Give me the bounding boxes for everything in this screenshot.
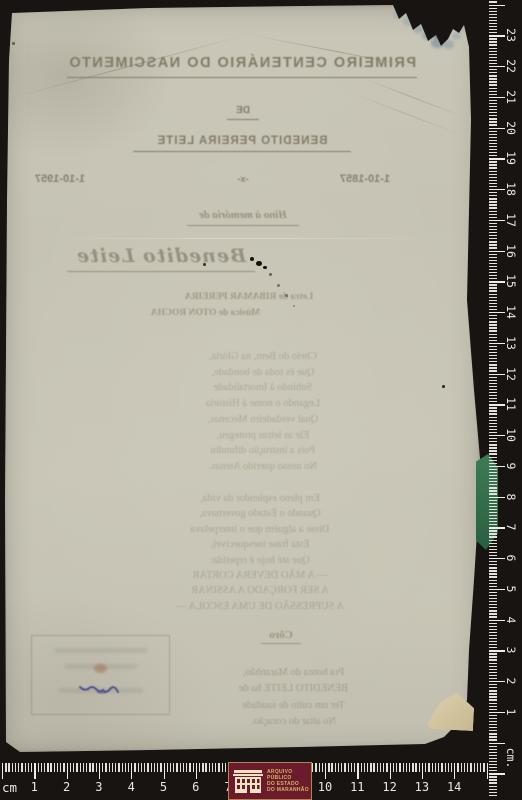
tear-fibres	[403, 17, 415, 26]
ruler-number: 12	[378, 780, 402, 794]
ruler-tick	[28, 763, 29, 772]
ruler-tick	[141, 763, 142, 772]
ruler-tick	[457, 763, 458, 772]
ruler-tick	[2, 763, 3, 779]
ruler-tick	[489, 709, 497, 710]
ruler-tick	[390, 763, 391, 779]
ruler-tick	[489, 149, 497, 150]
logo-line: DO MARANHÃO	[267, 787, 309, 793]
ruler-tick	[489, 567, 497, 568]
verse-line: — A MÃO DEVERA CORTAR	[133, 568, 387, 583]
archival-photo: PRIMEIRO CENTENÁRIO DO NASCIMENTO DE BEN…	[0, 0, 522, 800]
ruler-tick	[489, 183, 497, 184]
ruler-tick	[489, 678, 497, 679]
ruler-number: 9	[505, 454, 517, 478]
ruler-number: 3	[87, 780, 111, 794]
ruler-tick	[489, 404, 505, 405]
ruler-tick	[489, 463, 497, 464]
ruler-tick	[489, 78, 497, 79]
ruler-tick	[364, 763, 365, 772]
archive-logo-text: ARQUIVO PÚBLICO DO ESTADO DO MARANHÃO	[267, 769, 309, 793]
ruler-tick	[489, 91, 497, 92]
ruler-tick	[489, 251, 505, 252]
ruler-tick	[12, 763, 13, 772]
ruler-tick	[480, 763, 481, 772]
ruler-tick	[50, 763, 51, 772]
ruler-tick	[489, 374, 505, 375]
ruler-tick	[489, 555, 497, 556]
ruler-tick	[489, 540, 497, 541]
ink-signature-mark	[77, 680, 121, 700]
ruler-tick	[489, 629, 497, 630]
ruler-tick	[15, 763, 16, 772]
ruler-number: 5	[505, 577, 517, 601]
ruler-tick	[489, 112, 497, 113]
ruler-tick	[451, 763, 452, 772]
ruler-tick	[489, 14, 497, 15]
ruler-tick	[489, 604, 497, 605]
ruler-tick	[489, 263, 497, 264]
ruler-tick	[489, 573, 497, 574]
ruler-tick	[489, 343, 505, 344]
ruler-tick	[489, 558, 505, 559]
ruler-number: 8	[505, 485, 517, 509]
ruler-tick	[489, 57, 497, 58]
ruler-tick	[489, 23, 497, 24]
ruler-tick	[425, 763, 426, 772]
ruler-tick	[489, 663, 497, 664]
ruler-tick	[186, 763, 187, 772]
ruler-tick	[489, 11, 497, 12]
ruler-tick	[489, 275, 497, 276]
ruler-tick	[419, 763, 420, 772]
ruler-tick	[489, 666, 497, 667]
ruler-tick	[31, 763, 32, 772]
ruler-tick	[489, 453, 497, 454]
ruler-tick	[489, 509, 497, 510]
ruler-tick	[489, 340, 497, 341]
ruler-tick	[489, 315, 497, 316]
ruler-tick	[396, 763, 397, 772]
ruler-tick	[138, 763, 139, 772]
ink-spot	[263, 266, 267, 269]
ruler-tick	[102, 763, 103, 772]
ruler-tick	[170, 763, 171, 772]
ruler-tick	[489, 297, 497, 298]
ruler-tick	[489, 521, 497, 522]
verse-1: Cheio do Bem, na Glória,Que és toda de b…	[153, 349, 373, 475]
ruler-tick	[373, 763, 374, 772]
ruler-number: 6	[505, 546, 517, 570]
ruler-tick	[489, 269, 497, 270]
ink-spot	[269, 273, 272, 276]
ruler-tick	[122, 763, 123, 772]
ruler-tick	[38, 763, 39, 772]
ruler-tick	[115, 763, 116, 772]
ruler-tick	[386, 763, 387, 772]
ruler-tick	[489, 94, 497, 95]
ruler-tick	[489, 635, 497, 636]
ruler-tick	[489, 693, 497, 694]
ruler-tick	[489, 407, 497, 408]
ruler-tick	[338, 763, 339, 772]
ruler-tick	[489, 257, 497, 258]
ruler-number: 2	[55, 780, 79, 794]
ruler-tick	[489, 192, 497, 193]
ruler-tick	[489, 54, 497, 55]
ruler-tick	[489, 195, 497, 196]
ruler-tick	[489, 140, 497, 141]
verse-line: Esta frase inesquecível,	[133, 537, 387, 552]
ruler-tick	[489, 217, 497, 218]
ruler-tick	[489, 699, 497, 700]
ruler-tick	[489, 515, 497, 516]
ruler-number: 14	[442, 780, 466, 794]
ruler-tick	[489, 17, 497, 18]
ruler-tick	[489, 497, 505, 498]
ruler-tick	[489, 392, 497, 393]
verse-line: Ele as letras protegeu,	[153, 428, 373, 444]
ruler-tick	[489, 146, 497, 147]
tear-fibres	[452, 32, 461, 40]
ruler-tick	[438, 763, 439, 772]
ruler-tick	[489, 478, 497, 479]
verse-line: Pois a instrução difundiu	[153, 443, 373, 459]
ruler-tick	[489, 570, 497, 571]
ruler-tick	[489, 158, 505, 159]
ruler-tick	[489, 580, 497, 581]
ruler-tick	[47, 763, 48, 772]
ruler-tick	[489, 198, 497, 199]
ruler-tick	[489, 423, 497, 424]
ruler-number: 22	[505, 54, 517, 78]
ruler-tick	[96, 763, 97, 772]
ruler-number: 4	[505, 608, 517, 632]
ruler-tick	[489, 201, 497, 202]
ruler-tick	[489, 432, 497, 433]
document-name: BENEDITO PEREIRA LEITE	[133, 135, 351, 152]
verse-line: Em pleno esplendor da vida,	[133, 491, 387, 506]
ruler-tick	[367, 763, 368, 772]
show-through-content: PRIMEIRO CENTENÁRIO DO NASCIMENTO DE BEN…	[3, 5, 481, 753]
ruler-tick	[489, 35, 505, 36]
ruler-tick	[435, 763, 436, 772]
ruler-tick	[406, 763, 407, 772]
ruler-tick	[489, 143, 497, 144]
ruler-tick	[489, 672, 497, 673]
ruler-tick	[489, 100, 497, 101]
ruler-tick	[63, 763, 64, 772]
ruler-tick	[489, 164, 497, 165]
ruler-tick	[489, 429, 497, 430]
ruler-tick	[489, 334, 497, 335]
ruler-tick	[489, 638, 497, 639]
ruler-number: 10	[313, 780, 337, 794]
ruler-tick	[487, 763, 488, 779]
ruler-tick	[489, 447, 497, 448]
ruler-tick	[428, 763, 429, 772]
ruler-tick	[489, 66, 505, 67]
ruler-number: 18	[505, 177, 517, 201]
ruler-tick	[448, 763, 449, 772]
ruler-tick	[489, 8, 497, 9]
ruler-tick	[489, 475, 497, 476]
stamp-faint-text	[55, 648, 147, 653]
ruler-number: 13	[410, 780, 434, 794]
ruler-tick	[86, 763, 87, 772]
ruler-number: 19	[505, 146, 517, 170]
ruler-tick	[489, 131, 497, 132]
ruler-tick	[489, 330, 497, 331]
ruler-tick	[489, 457, 497, 458]
ruler-tick	[489, 487, 497, 488]
ruler-tick	[489, 626, 497, 627]
ruler-tick	[489, 543, 497, 544]
ruler-tick	[489, 564, 497, 565]
ruler-tick	[489, 300, 497, 301]
ruler-tick	[489, 472, 497, 473]
ruler-tick	[489, 383, 497, 384]
archive-building-icon	[233, 767, 263, 795]
tear-fibres	[431, 38, 444, 48]
ruler-tick	[489, 561, 497, 562]
ruler-tick	[489, 681, 505, 682]
ruler-number: 17	[505, 208, 517, 232]
ruler-tick	[489, 312, 505, 313]
ruler-tick	[489, 254, 497, 255]
ruler-number: 1	[505, 700, 517, 724]
ruler-tick	[315, 763, 316, 772]
ruler-tick	[489, 1, 497, 2]
ruler-tick	[489, 724, 497, 725]
ruler-tick	[5, 763, 6, 772]
ruler-number: 14	[505, 300, 517, 324]
ruler-tick	[489, 44, 497, 45]
ruler-tick	[489, 616, 497, 617]
ruler-tick	[99, 763, 100, 779]
ruler-tick	[477, 763, 478, 772]
ruler-tick	[489, 389, 497, 390]
verse-line: No altar do coração.	[207, 714, 380, 730]
ruler-tick	[464, 763, 465, 772]
ruler-tick	[489, 410, 497, 411]
ruler-tick	[489, 426, 497, 427]
ruler-tick	[18, 763, 19, 772]
tear-fibres	[393, 10, 404, 19]
ruler-tick	[489, 469, 497, 470]
ruler-tick	[489, 435, 505, 436]
chorus-label: Côro	[261, 629, 301, 644]
ruler-tick	[489, 444, 497, 445]
ruler-tick	[344, 763, 345, 772]
ruler-tick	[189, 763, 190, 772]
ruler-tick	[489, 355, 497, 356]
ruler-tick	[489, 134, 497, 135]
ruler-tick	[34, 763, 35, 779]
ruler-tick	[489, 641, 497, 642]
ruler-tick	[489, 177, 497, 178]
ruler-number: 21	[505, 85, 517, 109]
ruler-tick	[354, 763, 355, 772]
ruler-tick	[489, 749, 497, 750]
ruler-tick	[489, 337, 497, 338]
ruler-tick	[489, 736, 497, 737]
verse-line: Que és toda de bondade,	[153, 365, 373, 381]
ruler-tick	[489, 103, 497, 104]
ruler-tick	[489, 137, 497, 138]
ruler-tick	[489, 155, 497, 156]
ruler-tick	[383, 763, 384, 772]
ruler-number: 6	[184, 780, 208, 794]
ruler-tick	[489, 214, 497, 215]
ruler-tick	[164, 763, 165, 779]
ruler-tick	[489, 364, 497, 365]
ruler-tick	[199, 763, 200, 772]
verse-line: A SUPRESSÃO DE UMA ESCOLA —	[133, 599, 387, 614]
ruler-tick	[489, 88, 497, 89]
ruler-tick	[489, 121, 497, 122]
ruler-tick	[489, 72, 497, 73]
ruler-tick	[415, 763, 416, 772]
ruler-tick	[489, 309, 497, 310]
ruler-tick	[489, 287, 497, 288]
ruler-tick	[70, 763, 71, 772]
ruler-tick	[489, 370, 497, 371]
ruler-tick	[348, 763, 349, 772]
ruler-tick	[467, 763, 468, 772]
ruler-tick	[489, 189, 505, 190]
verse-line: Cheio do Bem, na Glória,	[153, 349, 373, 365]
ruler-tick	[489, 441, 497, 442]
ruler-number: 16	[505, 239, 517, 263]
date-separator: -x-	[223, 174, 263, 184]
ruler-tick	[489, 290, 497, 291]
ruler-tick	[489, 607, 497, 608]
lyrics-credit: Letra de RIBAMAR PEREIRA	[178, 292, 320, 302]
ruler-tick	[489, 367, 497, 368]
ruler-tick	[489, 84, 497, 85]
ruler-tick	[489, 481, 497, 482]
ruler-tick	[489, 743, 505, 744]
ruler-tick	[422, 763, 423, 779]
hymn-dedication: Hino à memória de	[187, 209, 299, 226]
ruler-tick	[331, 763, 332, 772]
ruler-tick	[403, 763, 404, 772]
ruler-number: 10	[505, 423, 517, 447]
ruler-tick	[489, 601, 497, 602]
chorus-verse: Pra honra do Maranhão,BENEDITO LEITE ha …	[207, 665, 380, 730]
music-credit: Música de OTON ROCHA	[128, 308, 283, 318]
ruler-tick	[218, 763, 219, 772]
ruler-tick	[44, 763, 45, 772]
ruler-tick	[489, 684, 497, 685]
ruler-tick	[489, 5, 505, 6]
ruler-tick	[193, 763, 194, 772]
ruler-tick	[489, 260, 497, 261]
ruler-tick	[489, 186, 497, 187]
ruler-tick	[489, 235, 497, 236]
ruler-tick	[489, 512, 497, 513]
ruler-number: 13	[505, 331, 517, 355]
ruler-tick	[322, 763, 323, 772]
ruler-tick	[489, 398, 497, 399]
ruler-tick	[489, 272, 497, 273]
ruler-tick	[489, 598, 497, 599]
ruler-tick	[377, 763, 378, 772]
ruler-tick	[489, 226, 497, 227]
ink-spot	[277, 284, 280, 287]
ruler-tick	[147, 763, 148, 772]
ruler-tick	[489, 752, 497, 753]
ruler-tick	[60, 763, 61, 772]
ruler-tick	[489, 715, 497, 716]
ruler-tick	[489, 589, 505, 590]
ruler-tick	[489, 167, 497, 168]
ruler-tick	[357, 763, 358, 779]
verse-line: Pra honra do Maranhão,	[207, 665, 380, 681]
ruler-tick	[412, 763, 413, 772]
ruler-tick	[489, 278, 497, 279]
ruler-tick	[489, 352, 497, 353]
ruler-tick	[180, 763, 181, 772]
ruler-tick	[489, 687, 497, 688]
ruler-tick	[399, 763, 400, 772]
ruler-tick	[489, 48, 497, 49]
ruler-tick	[432, 763, 433, 772]
ruler-tick	[489, 346, 497, 347]
ruler-tick	[202, 763, 203, 772]
ruler-tick	[489, 500, 497, 501]
ruler-tick	[41, 763, 42, 772]
ruler-tick	[489, 721, 497, 722]
ruler-tick	[489, 60, 497, 61]
ruler-tick	[489, 490, 497, 491]
ruler-tick	[489, 306, 497, 307]
ruler-tick	[489, 220, 505, 221]
ruler-tick	[489, 106, 497, 107]
ruler-tick	[157, 763, 158, 772]
ruler-tick	[445, 763, 446, 772]
ruler-tick	[489, 623, 497, 624]
ruler-tick	[361, 763, 362, 772]
ruler-tick	[57, 763, 58, 772]
ruler-tick	[489, 321, 497, 322]
ruler-tick	[489, 647, 497, 648]
ruler-tick	[489, 417, 497, 418]
ruler-tick	[112, 763, 113, 772]
ruler-tick	[319, 763, 320, 772]
ruler-tick	[489, 204, 497, 205]
ruler-tick	[80, 763, 81, 772]
ruler-tick	[489, 696, 497, 697]
ruler-unit-label: cm	[2, 780, 32, 795]
ruler-tick	[489, 223, 497, 224]
ruler-tick	[225, 763, 226, 772]
ruler-tick	[489, 361, 497, 362]
ruler-tick	[489, 644, 497, 645]
ruler-tick	[489, 69, 497, 70]
ruler-tick	[489, 161, 497, 162]
ruler-tick	[176, 763, 177, 772]
ruler-tick	[489, 460, 497, 461]
birth-date: 1-10-1857	[320, 173, 410, 185]
ruler-tick	[212, 763, 213, 772]
ruler-tick	[489, 380, 497, 381]
ruler-tick	[489, 583, 497, 584]
ruler-tick	[370, 763, 371, 772]
ruler-tick	[312, 763, 313, 772]
document-title: PRIMEIRO CENTENÁRIO DO NASCIMENTO	[67, 55, 417, 78]
